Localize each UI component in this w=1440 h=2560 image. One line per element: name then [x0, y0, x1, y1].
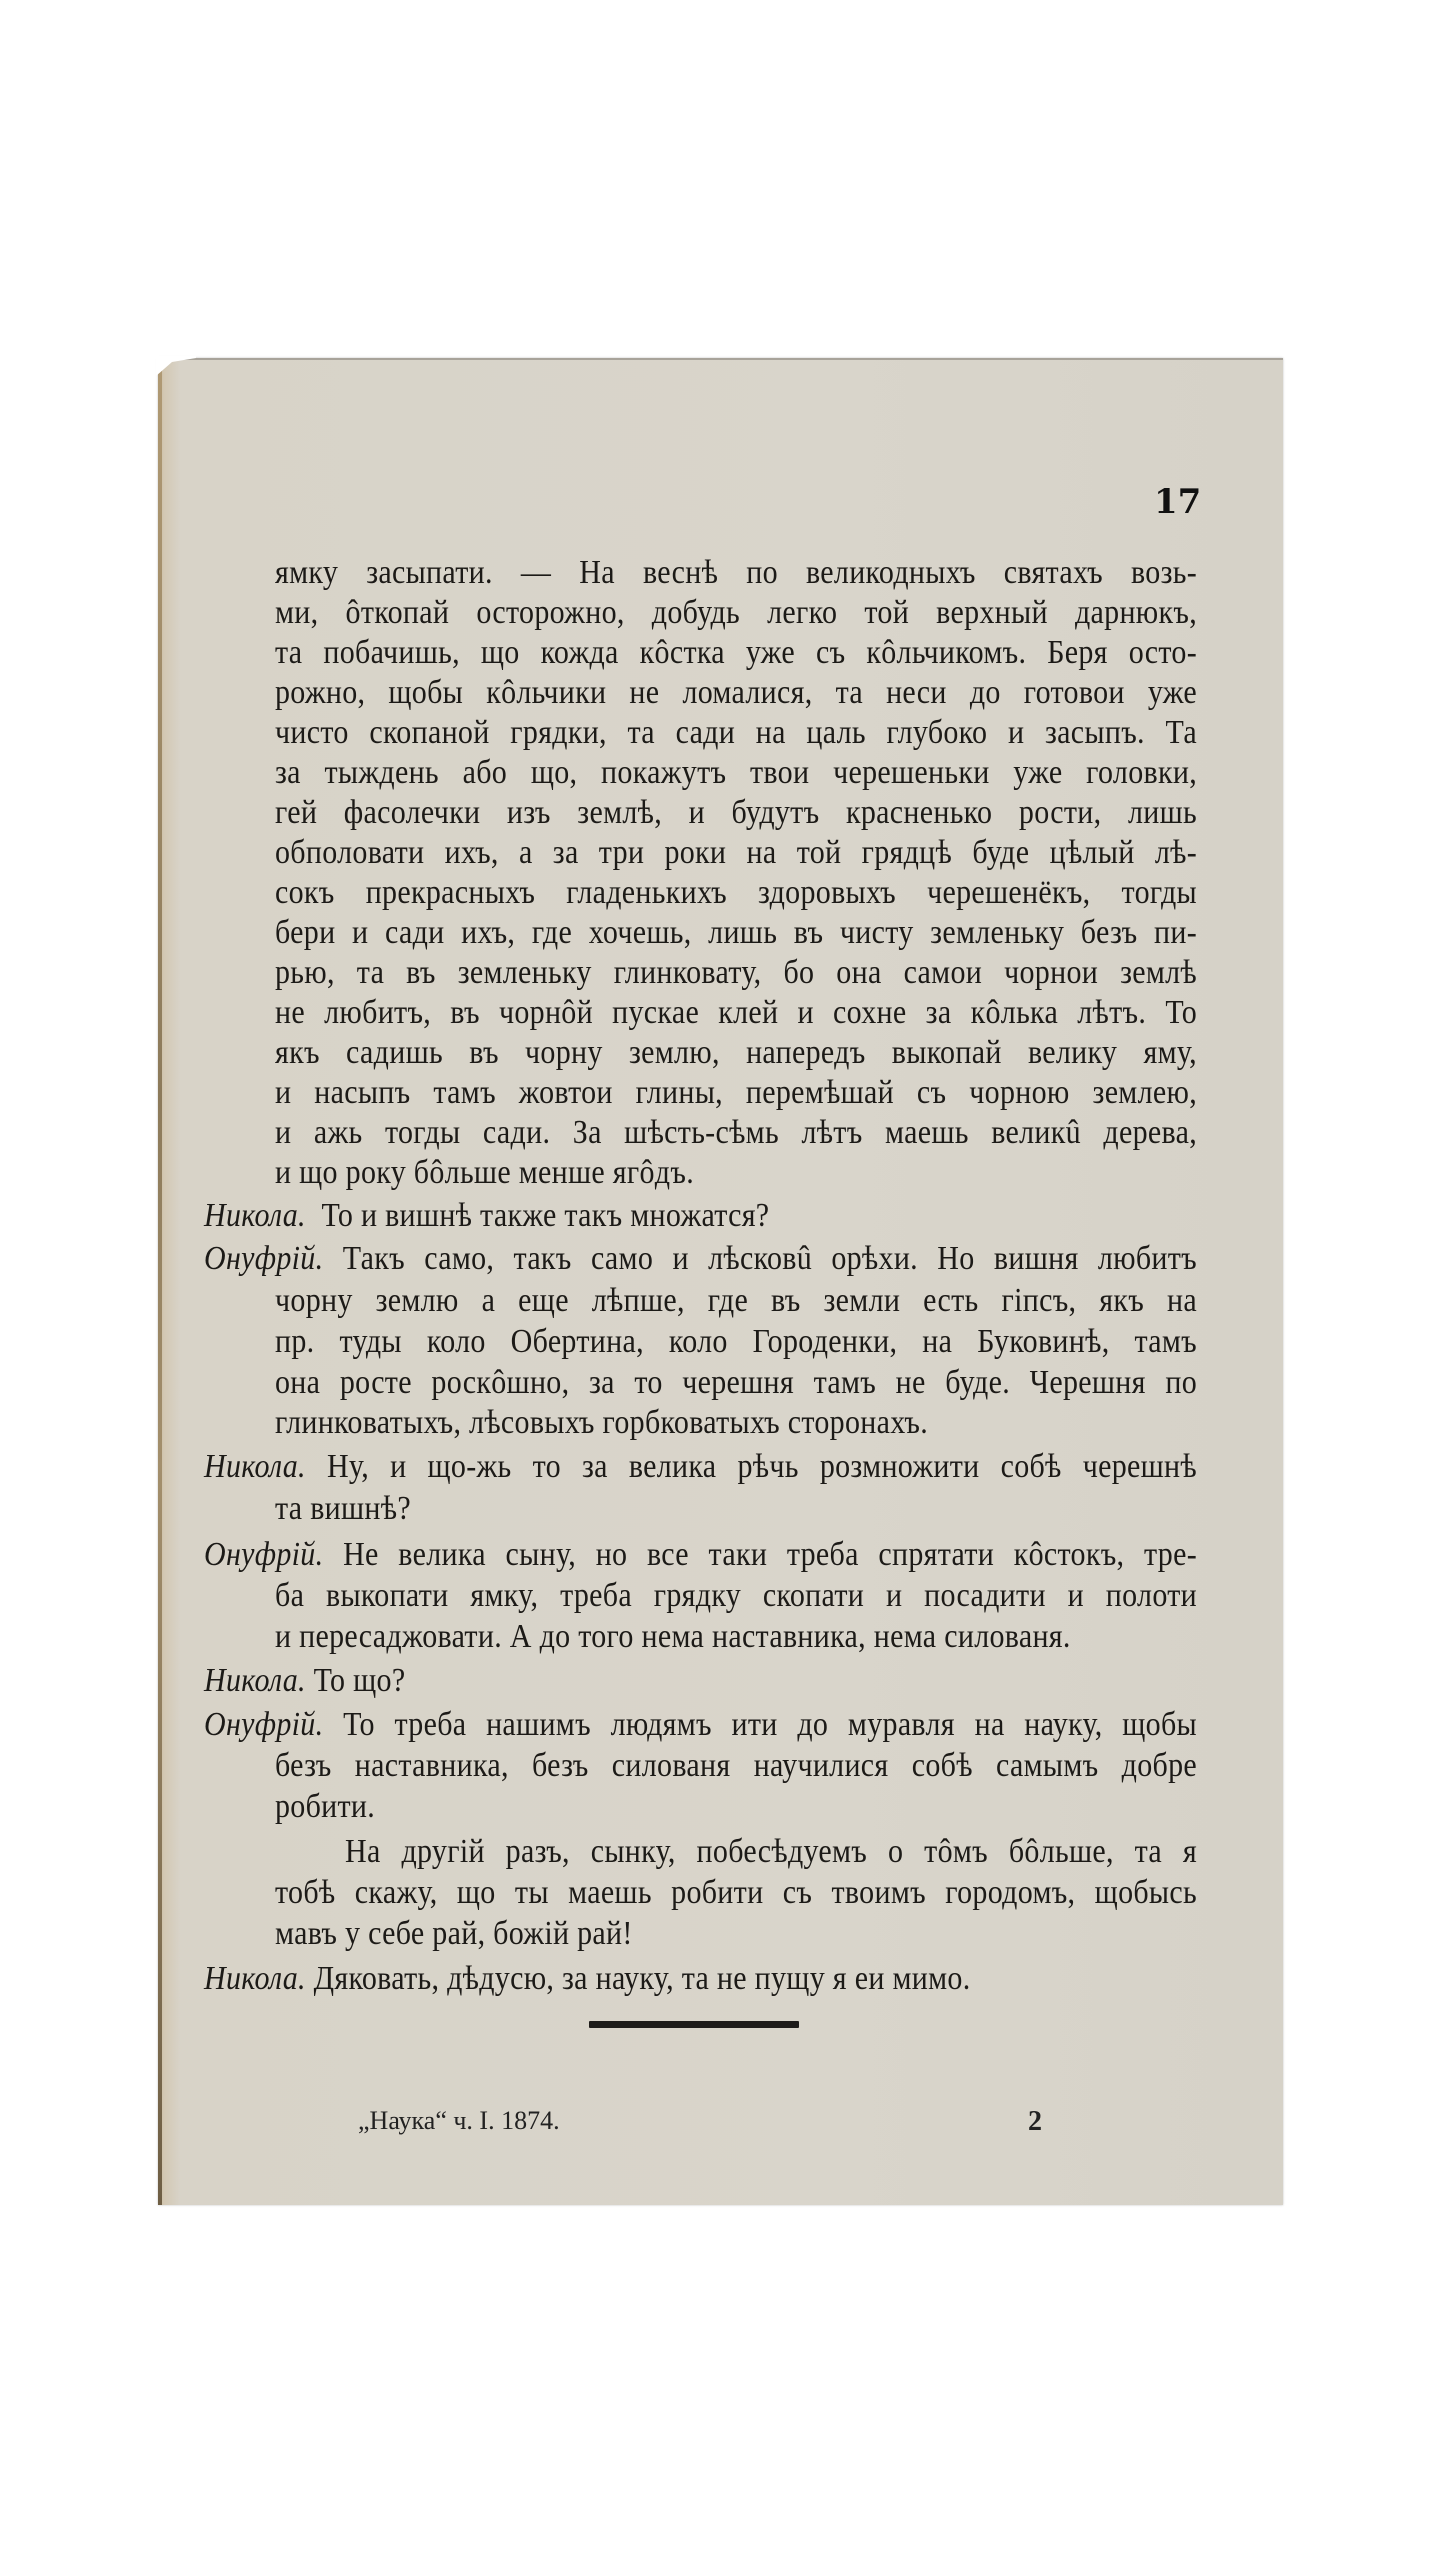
dialogue-line: Никола. Дяковать, дѣдусю, за науку, та н…	[204, 1960, 971, 1998]
text-line: робити.	[275, 1788, 375, 1826]
speaker-name: Никола.	[204, 1448, 306, 1485]
text-line: и пересаджовати. А до того нема наставни…	[275, 1618, 1071, 1656]
dialogue-line: Онуфрій. Такъ само, такъ само и лѣсковû …	[204, 1240, 1197, 1278]
text-line: гей фасолечки изъ землѣ, и будутъ красне…	[275, 794, 1197, 832]
speaker-name: Никола.	[204, 1197, 306, 1234]
text-line: тобѣ скажу, що ты маешь робити съ твоимъ…	[275, 1874, 1197, 1912]
speech-text: То треба нашимъ людямъ ити до муравля на…	[343, 1706, 1197, 1743]
text-line: якъ садишь въ чорну землю, напередъ выко…	[275, 1034, 1197, 1072]
text-line: обполовати ихъ, а за три роки на той гря…	[275, 834, 1197, 872]
text-line: безъ наставника, безъ силованя научилися…	[275, 1747, 1197, 1785]
speech-text: Ну, и що-жь то за велика рѣчь розмножити…	[327, 1448, 1197, 1485]
text-line: ми, ôткопай осторожно, добудь легко той …	[275, 594, 1197, 632]
text-line: за тыждень або що, покажутъ твои черешен…	[275, 754, 1197, 792]
speech-text: То и вишнѣ также такъ множатся?	[321, 1197, 769, 1234]
dialogue-line: Онуфрій. То треба нашимъ людямъ ити до м…	[204, 1706, 1197, 1744]
torn-corner	[156, 356, 196, 376]
text-line: мавъ у себе рай, божій рай!	[275, 1915, 633, 1953]
speaker-name: Онуфрій.	[204, 1536, 323, 1573]
speaker-name: Онуфрій.	[204, 1706, 323, 1743]
text-line: не любитъ, въ чорнôй пускае клей и сохне…	[275, 994, 1197, 1032]
dialogue-line: Онуфрій. Не велика сыну, но все таки тре…	[204, 1536, 1197, 1574]
speaker-name: Никола.	[204, 1960, 306, 1997]
text-line: чорну землю а еще лѣпше, где въ земли ес…	[275, 1282, 1197, 1320]
signature-mark: 2	[1028, 2106, 1042, 2138]
text-line: и ажь тогды сади. За шѣсть-сѣмь лѣтъ мае…	[275, 1114, 1197, 1152]
text-line: пр. туды коло Обертина, коло Городенки, …	[275, 1323, 1197, 1361]
text-line: и насыпъ тамъ жовтои глины, перемѣшай съ…	[275, 1074, 1197, 1112]
text-line: ямку засыпати. — На веснѣ по великодныхъ…	[275, 554, 1197, 592]
dialogue-line: Никола. Ну, и що-жь то за велика рѣчь ро…	[204, 1448, 1197, 1486]
text-line: сокъ прекрасныхъ гладенькихъ здоровыхъ ч…	[275, 874, 1197, 912]
text-line: она росте роскôшно, за то черешня тамъ н…	[275, 1364, 1197, 1402]
text-line: рожно, щобы кôльчики не ломалися, та нес…	[275, 674, 1197, 712]
speech-text: Такъ само, такъ само и лѣсковû орѣхи. Но…	[343, 1240, 1197, 1277]
text-line: бери и сади ихъ, где хочешь, лишь въ чис…	[275, 914, 1197, 952]
dialogue-line: Никола. То и вишнѣ также такъ множатся?	[204, 1197, 769, 1235]
speech-text: Не велика сыну, но все таки треба спрята…	[343, 1536, 1197, 1573]
dialogue-line: Никола. То що?	[204, 1662, 405, 1700]
speaker-name: Онуфрій.	[204, 1240, 323, 1277]
text-line: та вишнѣ?	[275, 1490, 411, 1528]
text-line: глинковатыхъ, лѣсовыхъ горбковатыхъ стор…	[275, 1404, 928, 1442]
speech-text: То що?	[314, 1662, 406, 1699]
text-line: чисто скопаной грядки, та сади на цаль г…	[275, 714, 1197, 752]
text-line: На другій разъ, сынку, побесѣдуемъ о тôм…	[345, 1833, 1197, 1871]
text-line: рью, та въ земленьку глинковату, бо она …	[275, 954, 1197, 992]
text-line: и що року бôльше менше ягôдъ.	[275, 1154, 694, 1192]
book-page: 17 ямку засыпати. — На веснѣ по великодн…	[158, 358, 1283, 2205]
speech-text: Дяковать, дѣдусю, за науку, та не пущу я…	[314, 1960, 971, 1997]
signature-title: „Наука“ ч. I. 1874.	[358, 2106, 560, 2136]
text-line: ба выкопати ямку, треба грядку скопати и…	[275, 1577, 1197, 1615]
end-rule	[589, 2021, 799, 2028]
page-number: 17	[1154, 482, 1201, 522]
speaker-name: Никола.	[204, 1662, 306, 1699]
text-line: та побачишь, що кожда кôстка уже съ кôль…	[275, 634, 1197, 672]
